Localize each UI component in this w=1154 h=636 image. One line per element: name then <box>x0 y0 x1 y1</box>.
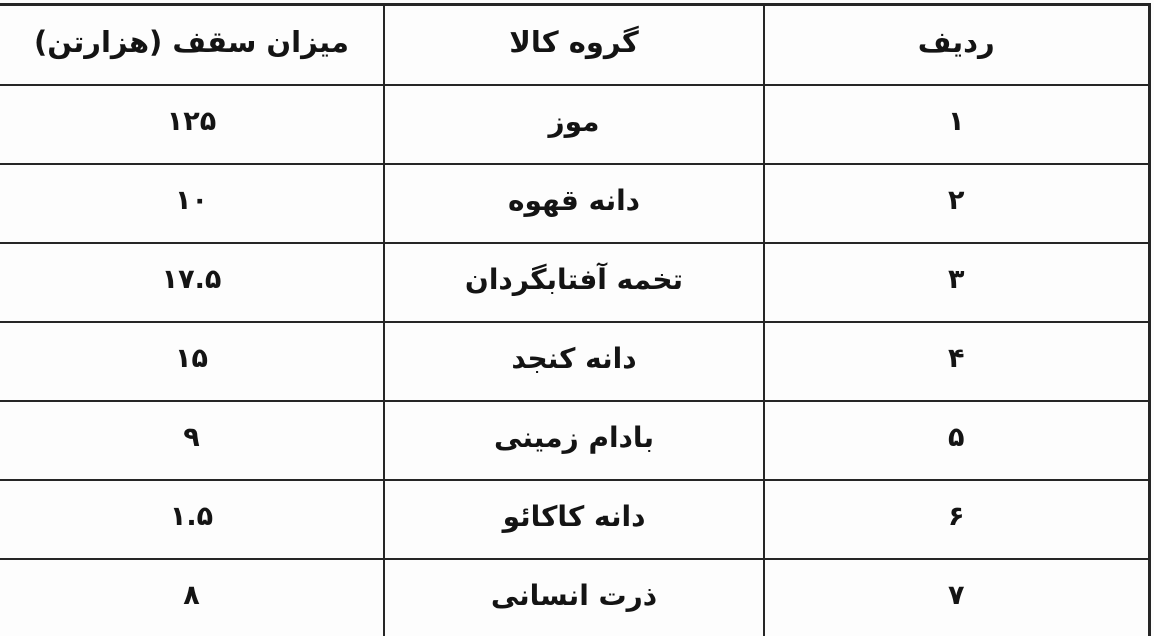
cell-radif: ۶ <box>764 480 1149 559</box>
cell-group: تخمه آفتابگردان <box>384 243 764 322</box>
cell-group: بادام زمینی <box>384 401 764 480</box>
cell-group: دانه کنجد <box>384 322 764 401</box>
cell-amount: ۱۰ <box>0 164 384 243</box>
table-row: ۶دانه کاکائو۱.۵ <box>0 480 1149 559</box>
table-row: ۵بادام زمینی۹ <box>0 401 1149 480</box>
header-row: ردیف گروه کالا میزان سقف (هزارتن) <box>0 5 1149 85</box>
column-header-amount: میزان سقف (هزارتن) <box>0 5 384 85</box>
column-header-group: گروه کالا <box>384 5 764 85</box>
cell-amount: ۱.۵ <box>0 480 384 559</box>
cell-radif: ۳ <box>764 243 1149 322</box>
cell-amount: ۱۵ <box>0 322 384 401</box>
cell-amount: ۱۲۵ <box>0 85 384 164</box>
table-row: ۲دانه قهوه۱۰ <box>0 164 1149 243</box>
commodity-ceiling-table: ردیف گروه کالا میزان سقف (هزارتن) ۱موز۱۲… <box>0 3 1151 636</box>
cell-group: ذرت انسانی <box>384 559 764 636</box>
column-header-radif: ردیف <box>764 5 1149 85</box>
table-row: ۳تخمه آفتابگردان۱۷.۵ <box>0 243 1149 322</box>
cell-amount: ۹ <box>0 401 384 480</box>
table-header: ردیف گروه کالا میزان سقف (هزارتن) <box>0 5 1149 85</box>
cell-radif: ۱ <box>764 85 1149 164</box>
table-row: ۴دانه کنجد۱۵ <box>0 322 1149 401</box>
cell-amount: ۸ <box>0 559 384 636</box>
cell-radif: ۷ <box>764 559 1149 636</box>
cell-radif: ۵ <box>764 401 1149 480</box>
cell-radif: ۲ <box>764 164 1149 243</box>
table-row: ۱موز۱۲۵ <box>0 85 1149 164</box>
cell-group: دانه کاکائو <box>384 480 764 559</box>
cell-group: موز <box>384 85 764 164</box>
table-row: ۷ذرت انسانی۸ <box>0 559 1149 636</box>
scanned-document-page: ردیف گروه کالا میزان سقف (هزارتن) ۱موز۱۲… <box>0 0 1154 636</box>
cell-amount: ۱۷.۵ <box>0 243 384 322</box>
table-body: ۱موز۱۲۵۲دانه قهوه۱۰۳تخمه آفتابگردان۱۷.۵۴… <box>0 85 1149 636</box>
cell-radif: ۴ <box>764 322 1149 401</box>
cell-group: دانه قهوه <box>384 164 764 243</box>
